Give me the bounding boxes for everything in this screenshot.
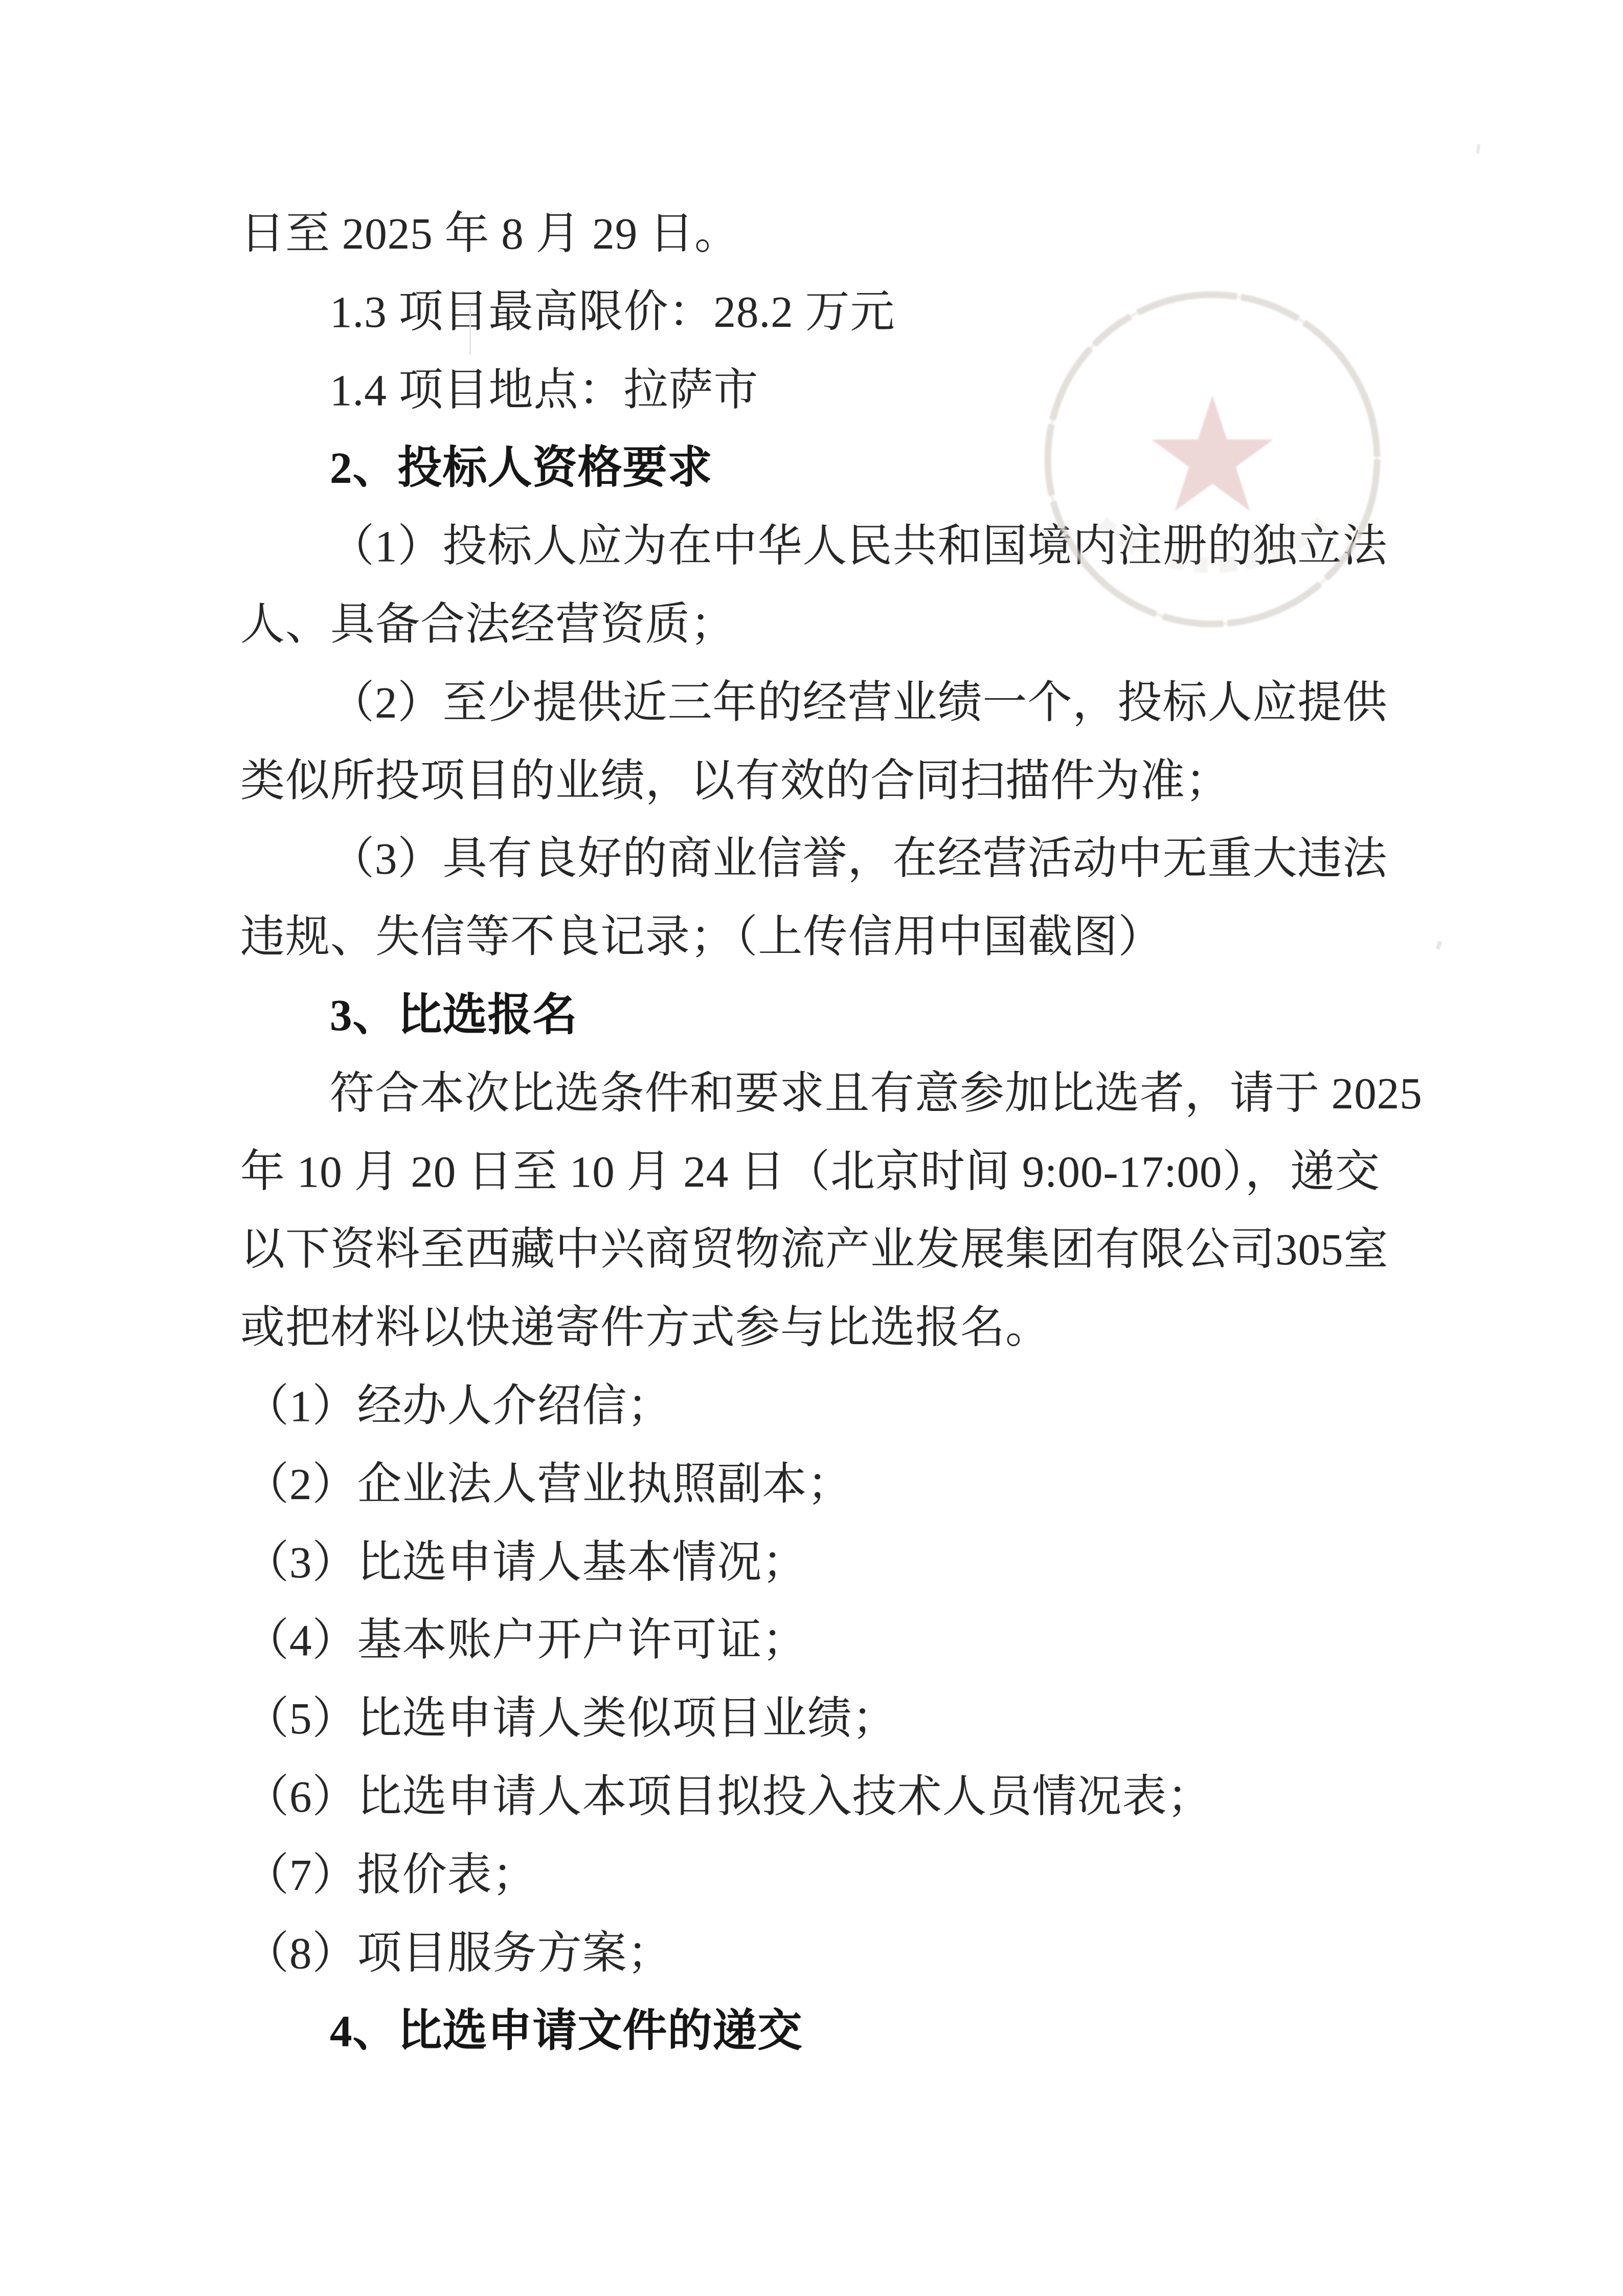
list-item-2-business-license: （2）企业法人营业执照副本； <box>244 1458 852 1511</box>
scan-artifact-speck <box>1476 144 1480 154</box>
line-max-price: 1.3 项目最高限价：28.2 万元 <box>330 285 895 339</box>
line-qualification-3: （3）具有良好的商业信誉，在经营活动中无重大违法 <box>330 832 1388 885</box>
line-registration-paragraph-4: 或把材料以快递寄件方式参与比选报名。 <box>240 1301 1050 1354</box>
seal-graphic <box>1043 290 1382 629</box>
seal-ring <box>1048 295 1377 624</box>
list-item-3-applicant-basic-info: （3）比选申请人基本情况； <box>244 1536 807 1589</box>
line-qualification-2-continued: 类似所投项目的业绩，以有效的合同扫描件为准； <box>240 754 1230 808</box>
line-qualification-1: （1）投标人应为在中华人民共和国境内注册的独立法 <box>330 520 1388 573</box>
scanned-page: 日至 2025 年 8 月 29 日。 1.3 项目最高限价：28.2 万元 1… <box>0 0 1623 2296</box>
heading-application-document-submission: 4、比选申请文件的递交 <box>330 2004 803 2058</box>
list-item-8-service-plan: （8）项目服务方案； <box>244 1927 672 1980</box>
line-registration-paragraph-3: 以下资料至西藏中兴商贸物流产业发展集团有限公司305室 <box>240 1223 1389 1276</box>
document-page: { "doc": { "lines": [ "日至 2025 年 8 月 29 … <box>0 0 1623 2296</box>
heading-comparison-registration: 3、比选报名 <box>330 989 578 1042</box>
list-item-6-technical-staff-table: （6）比选申请人本项目拟投入技术人员情况表； <box>244 1770 1212 1823</box>
list-item-1-introduction-letter: （1）经办人介绍信； <box>244 1379 672 1433</box>
scan-artifact-scratch <box>469 306 471 354</box>
scan-artifact-speck <box>1436 941 1442 950</box>
list-item-7-quotation-table: （7）报价表； <box>244 1848 537 1902</box>
list-item-4-account-permit: （4）基本账户开户许可证； <box>244 1614 807 1667</box>
line-project-location: 1.4 项目地点：拉萨市 <box>330 364 759 417</box>
seal-ring-inner-shade <box>1048 295 1377 624</box>
line-registration-paragraph-1: 符合本次比选条件和要求且有意参加比选者，请于 2025 <box>330 1067 1423 1120</box>
line-qualification-1-continued: 人、具备合法经营资质； <box>240 598 735 651</box>
official-seal-stamp <box>1043 290 1382 629</box>
star-icon <box>1152 395 1273 511</box>
line-qualification-2: （2）至少提供近三年的经营业绩一个，投标人应提供 <box>330 676 1388 729</box>
line-contract-period-end: 日至 2025 年 8 月 29 日。 <box>240 207 739 260</box>
list-item-5-similar-project-record: （5）比选申请人类似项目业绩； <box>244 1692 897 1745</box>
line-registration-paragraph-2: 年 10 月 20 日至 10 月 24 日（北京时间 9:00-17:00），… <box>240 1145 1380 1198</box>
heading-bidder-qualification-requirements: 2、投标人资格要求 <box>330 441 713 495</box>
line-qualification-3-continued: 违规、失信等不良记录；（上传信用中国截图） <box>240 910 1163 964</box>
